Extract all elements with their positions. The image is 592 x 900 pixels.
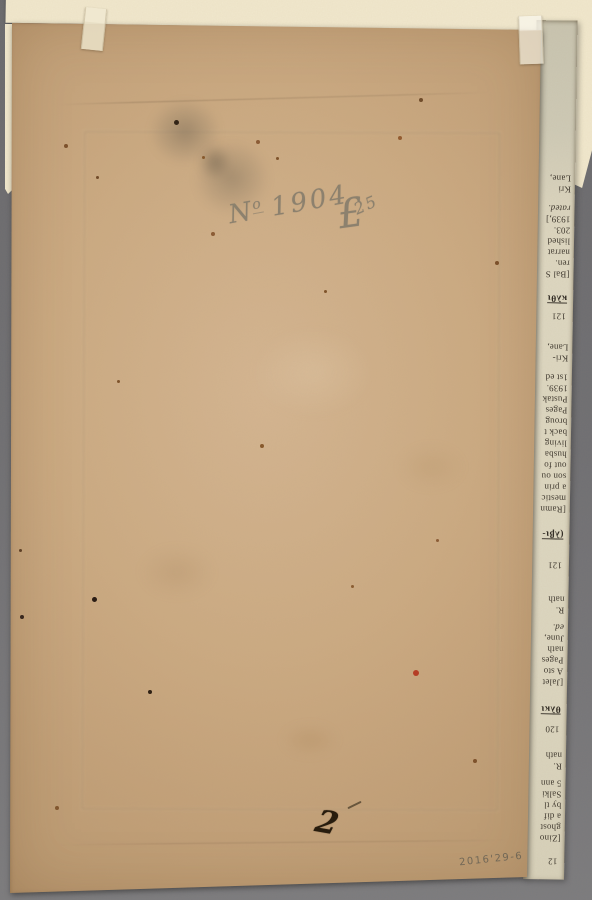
accession-number: 2016'29-6 [459, 851, 524, 869]
foxing-speck [92, 597, 97, 602]
verso-paper-wrap: No1904 £25 2 2016'29-6 [0, 0, 592, 900]
foxing-speck [148, 690, 152, 694]
foxing-speck [20, 615, 24, 619]
foxing-speck [276, 157, 279, 160]
foxing-speck [351, 585, 354, 588]
inventory-superscript: o [250, 196, 264, 215]
foxing-speck [256, 140, 260, 144]
foxing-speck [398, 136, 402, 140]
smudge-stain [193, 138, 237, 186]
foxing-speck [96, 176, 99, 179]
foxing-speck [495, 261, 499, 265]
tape-top-right [518, 16, 544, 65]
foxing-speck [260, 444, 264, 448]
verso-paper: No1904 £25 2 2016'29-6 [9, 20, 543, 895]
foxing-speck [473, 759, 477, 763]
foxing-speck [413, 670, 419, 676]
foxing-speck [211, 232, 215, 236]
photo-stage: Lane,Krirated.1939,]203.lishednarratren.… [0, 0, 592, 900]
foxing-speck [64, 144, 68, 148]
paper-stain [233, 312, 393, 432]
foxing-speck [202, 156, 205, 159]
foxing-speck [436, 539, 439, 542]
paper-crease [57, 840, 507, 846]
paper-crease [59, 92, 489, 105]
foxing-speck [55, 806, 59, 810]
foxing-speck [174, 120, 179, 125]
foxing-speck [117, 380, 120, 383]
paper-stain [125, 536, 229, 608]
tape-top-left [81, 7, 107, 51]
foxing-speck [419, 98, 423, 102]
handwritten-price: £25 [335, 189, 390, 236]
paper-stain [271, 718, 349, 762]
foxing-speck [324, 290, 327, 293]
ink-plate-number: 2 [312, 807, 342, 841]
paper-stain [385, 436, 477, 498]
foxing-speck [19, 549, 22, 552]
